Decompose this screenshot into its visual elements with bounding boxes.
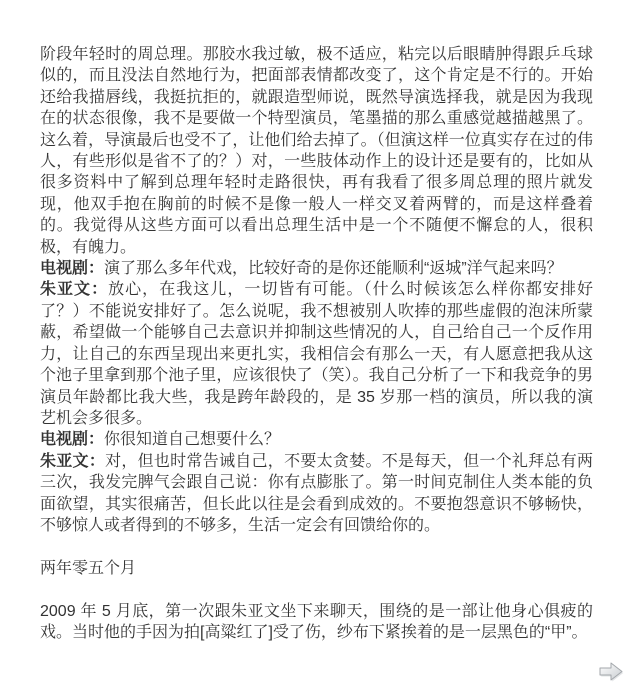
speaker-label: 朱亚文： (40, 453, 105, 470)
speaker-label: 电视剧： (40, 260, 104, 277)
arrow-body (600, 663, 622, 680)
dialog-paragraph: 电视剧：演了那么多年代戏，比较好奇的是你还能顺利“返城”洋气起来吗？ (40, 258, 593, 279)
text-column: 阶段年轻时的周总理。那胶水我过敏，极不适应，粘完以后眼睛肿得跟乒乓球似的，而且没… (40, 44, 593, 643)
body-paragraph: 2009 年 5 月底，第一次跟朱亚文坐下来聊天，围绕的是一部让他身心俱疲的戏。… (40, 601, 593, 644)
speaker-label: 朱亚文： (40, 281, 108, 298)
dialog-paragraph: 朱亚文：放心，在我这儿，一切皆有可能。（什么时候该怎么样你都安排好了？）不能说安… (40, 279, 593, 429)
speaker-label: 电视剧： (40, 431, 104, 448)
document-page: { "page": { "background": "#ffffff", "te… (0, 0, 631, 692)
dialog-paragraph: 朱亚文：对，但也时常告诫自己，不要太贪婪。不是每天，但一个礼拜总有两三次，我发完… (40, 451, 593, 537)
dialog-paragraph: 电视剧：你很知道自己想要什么？ (40, 429, 593, 450)
body-paragraph: 阶段年轻时的周总理。那胶水我过敏，极不适应，粘完以后眼睛肿得跟乒乓球似的，而且没… (40, 44, 593, 258)
next-page-arrow-icon[interactable] (598, 660, 626, 686)
section-heading: 两年零五个月 (40, 558, 593, 579)
